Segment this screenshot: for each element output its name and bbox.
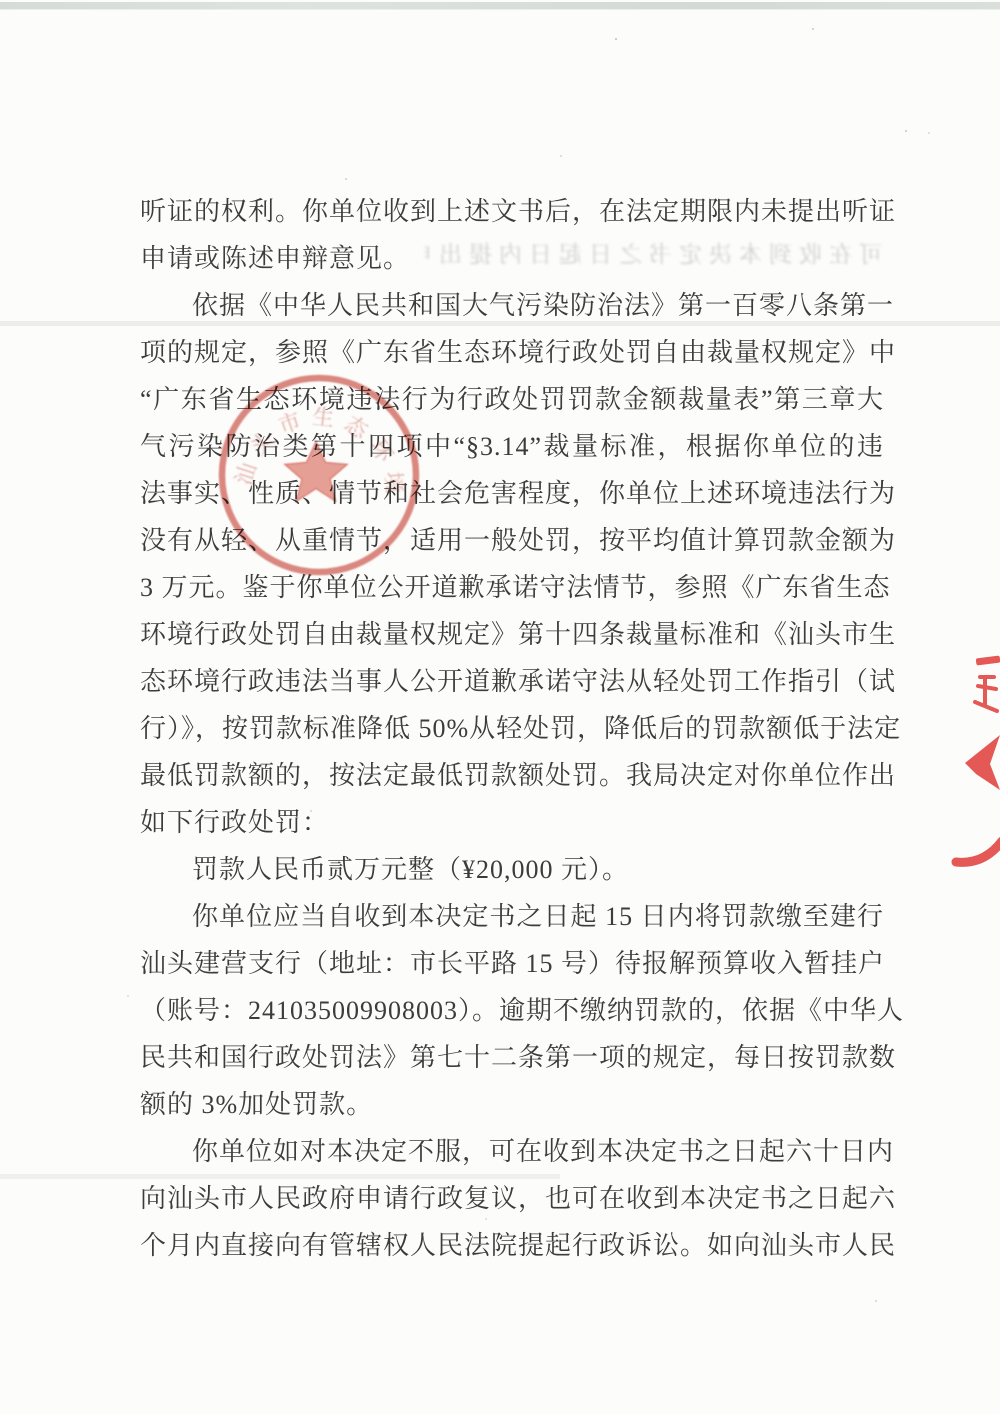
text-line: 向汕头市人民政府申请行政复议，也可在收到本决定书之日起六 (140, 1175, 884, 1222)
text-line: 个月内直接向有管辖权人民法院提起行政诉讼。如向汕头市人民 (140, 1222, 884, 1269)
text-line: 听证的权利。你单位收到上述文书后，在法定期限内未提出听证 (140, 188, 884, 235)
text-line: 最低罚款额的，按法定最低罚款额处罚。我局决定对你单位作出 (140, 752, 884, 799)
seal-star-icon (285, 442, 347, 501)
scanned-document-page: 可在收到本决定书之日起日内提出申辩意见 听证的权利。你单位收到上述文书后，在法定… (0, 0, 1000, 1414)
official-round-seal: 汕头市生态环境局 (215, 371, 423, 579)
edge-partial-seal (940, 640, 1000, 870)
text-line: 依据《中华人民共和国大气污染防治法》第一百零八条第一 (140, 282, 884, 329)
edge-seal-dash (976, 656, 1000, 666)
scan-speckles (615, 38, 617, 40)
text-line: 你单位如对本决定不服，可在收到本决定书之日起六十日内 (140, 1128, 884, 1175)
text-line: 民共和国行政处罚法》第七十二条第一项的规定，每日按罚款数 (140, 1034, 884, 1081)
text-line: 汕头建营支行（地址：市长平路 15 号）待报解预算收入暂挂户 (140, 940, 884, 987)
edge-seal-star-point (965, 735, 1000, 790)
text-line: 环境行政处罚自由裁量权规定》第十四条裁量标准和《汕头市生 (140, 611, 884, 658)
scanner-edge-band (0, 2, 1000, 10)
document-body-text: 听证的权利。你单位收到上述文书后，在法定期限内未提出听证申请或陈述申辩意见。依据… (140, 188, 884, 1269)
text-line: 行）》，按罚款标准降低 50%从轻处罚，降低后的罚款额低于法定 (140, 705, 884, 752)
text-line: 额的 3%加处罚款。 (140, 1081, 884, 1128)
text-line: 如下行政处罚： (140, 799, 884, 846)
text-line: 态环境行政违法当事人公开道歉承诺守法从轻处罚工作指引（试 (140, 658, 884, 705)
text-line: 你单位应当自收到本决定书之日起 15 日内将罚款缴至建行 (140, 893, 884, 940)
text-line: 项的规定，参照《广东省生态环境行政处罚自由裁量权规定》中 (140, 329, 884, 376)
edge-seal-ring-arc (956, 841, 1000, 862)
text-line: 申请或陈述申辩意见。 (140, 235, 884, 282)
edge-seal-glyph-fragment (975, 677, 997, 711)
text-line: （账号：241035009908003）。逾期不缴纳罚款的，依据《中华人 (140, 987, 884, 1034)
text-line: 罚款人民币贰万元整（¥20,000 元）。 (140, 846, 884, 893)
